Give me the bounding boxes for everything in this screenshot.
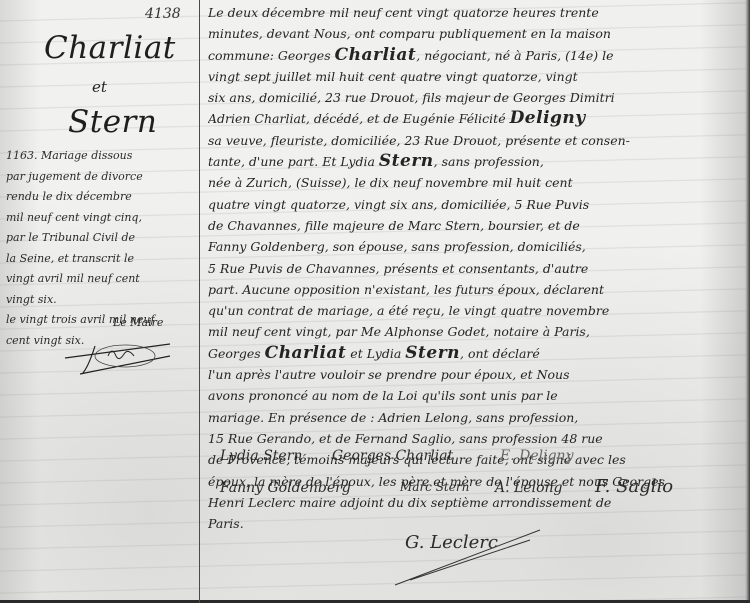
groom-surname-heading: Charliat [44, 30, 176, 66]
act-line: tante, d'une part. Et Lydia Stern, sans … [208, 151, 743, 172]
act-line: Le deux décembre mil neuf cent vingt qua… [208, 2, 743, 23]
annotation-line: le vingt trois avril mil neuf [6, 310, 196, 331]
surname-emphasis: Stern [379, 151, 434, 171]
act-number: 4138 [145, 6, 181, 22]
signature-groom: Georges Charliat [332, 448, 453, 464]
act-line: 5 Rue Puvis de Chavannes, présents et co… [208, 258, 743, 279]
act-line: mil neuf cent vingt, par Me Alphonse God… [208, 321, 743, 342]
divorce-annotation: 1163. Mariage dissous par jugement de di… [6, 146, 196, 351]
act-line: Georges Charliat et Lydia Stern, ont déc… [208, 343, 743, 364]
margin-rule [199, 0, 200, 603]
surname-emphasis: Charliat [265, 343, 347, 363]
signature-witness-2: F. Saglio [595, 476, 673, 497]
act-line: part. Aucune opposition n'existant, les … [208, 279, 743, 300]
act-line: six ans, domicilié, 23 rue Drouot, fils … [208, 87, 743, 108]
left-margin: 4138 Charliat et Stern 1163. Mariage dis… [0, 0, 198, 603]
annotation-line: rendu le dix décembre [6, 187, 196, 208]
maire-label: Le Maire [113, 316, 163, 329]
act-line: vingt sept juillet mil huit cent quatre … [208, 66, 743, 87]
page-edge [746, 0, 750, 603]
act-line: née à Zurich, (Suisse), le dix neuf nove… [208, 172, 743, 193]
officer-flourish-icon [390, 520, 590, 590]
act-line: mariage. En présence de : Adrien Lelong,… [208, 407, 743, 428]
annotation-line: vingt six. [6, 290, 196, 311]
bride-surname-heading: Stern [68, 104, 157, 140]
surname-emphasis: Deligny [510, 108, 586, 128]
act-line: Fanny Goldenberg, son épouse, sans profe… [208, 236, 743, 257]
act-line: quatre vingt quatorze, vingt six ans, do… [208, 194, 743, 215]
act-line: de Chavannes, fille majeure de Marc Ster… [208, 215, 743, 236]
surname-emphasis: Charliat [335, 45, 417, 65]
annotation-line: par le Tribunal Civil de [6, 228, 196, 249]
annotation-line: mil neuf cent vingt cinq, [6, 208, 196, 229]
act-line: commune: Georges Charliat, négociant, né… [208, 45, 743, 66]
maire-signature-icon [60, 338, 175, 378]
act-line: l'un après l'autre vouloir se prendre po… [208, 364, 743, 385]
conjunction: et [92, 78, 107, 96]
annotation-line: 1163. Mariage dissous [6, 146, 196, 167]
act-line: qu'un contrat de mariage, a été reçu, le… [208, 300, 743, 321]
act-line: Adrien Charliat, décédé, et de Eugénie F… [208, 108, 743, 129]
act-line: sa veuve, fleuriste, domiciliée, 23 Rue … [208, 130, 743, 151]
act-line: avons prononcé au nom de la Loi qu'ils s… [208, 385, 743, 406]
register-page: 4138 Charliat et Stern 1163. Mariage dis… [0, 0, 750, 603]
signature-groom-mother: E. Deligny [500, 448, 573, 464]
annotation-line: vingt avril mil neuf cent [6, 269, 196, 290]
signature-bride: Lydia Stern [220, 448, 302, 464]
signature-bride-mother: Fanny Goldenberg [220, 480, 351, 496]
act-line: minutes, devant Nous, ont comparu publiq… [208, 23, 743, 44]
signature-witness-1: A. Lelong [495, 480, 562, 496]
signature-block: Lydia Stern Georges Charliat E. Deligny … [220, 440, 730, 590]
annotation-line: par jugement de divorce [6, 167, 196, 188]
signature-bride-father: Marc Stern [400, 480, 469, 494]
annotation-line: la Seine, et transcrit le [6, 249, 196, 270]
surname-emphasis: Stern [405, 343, 460, 363]
